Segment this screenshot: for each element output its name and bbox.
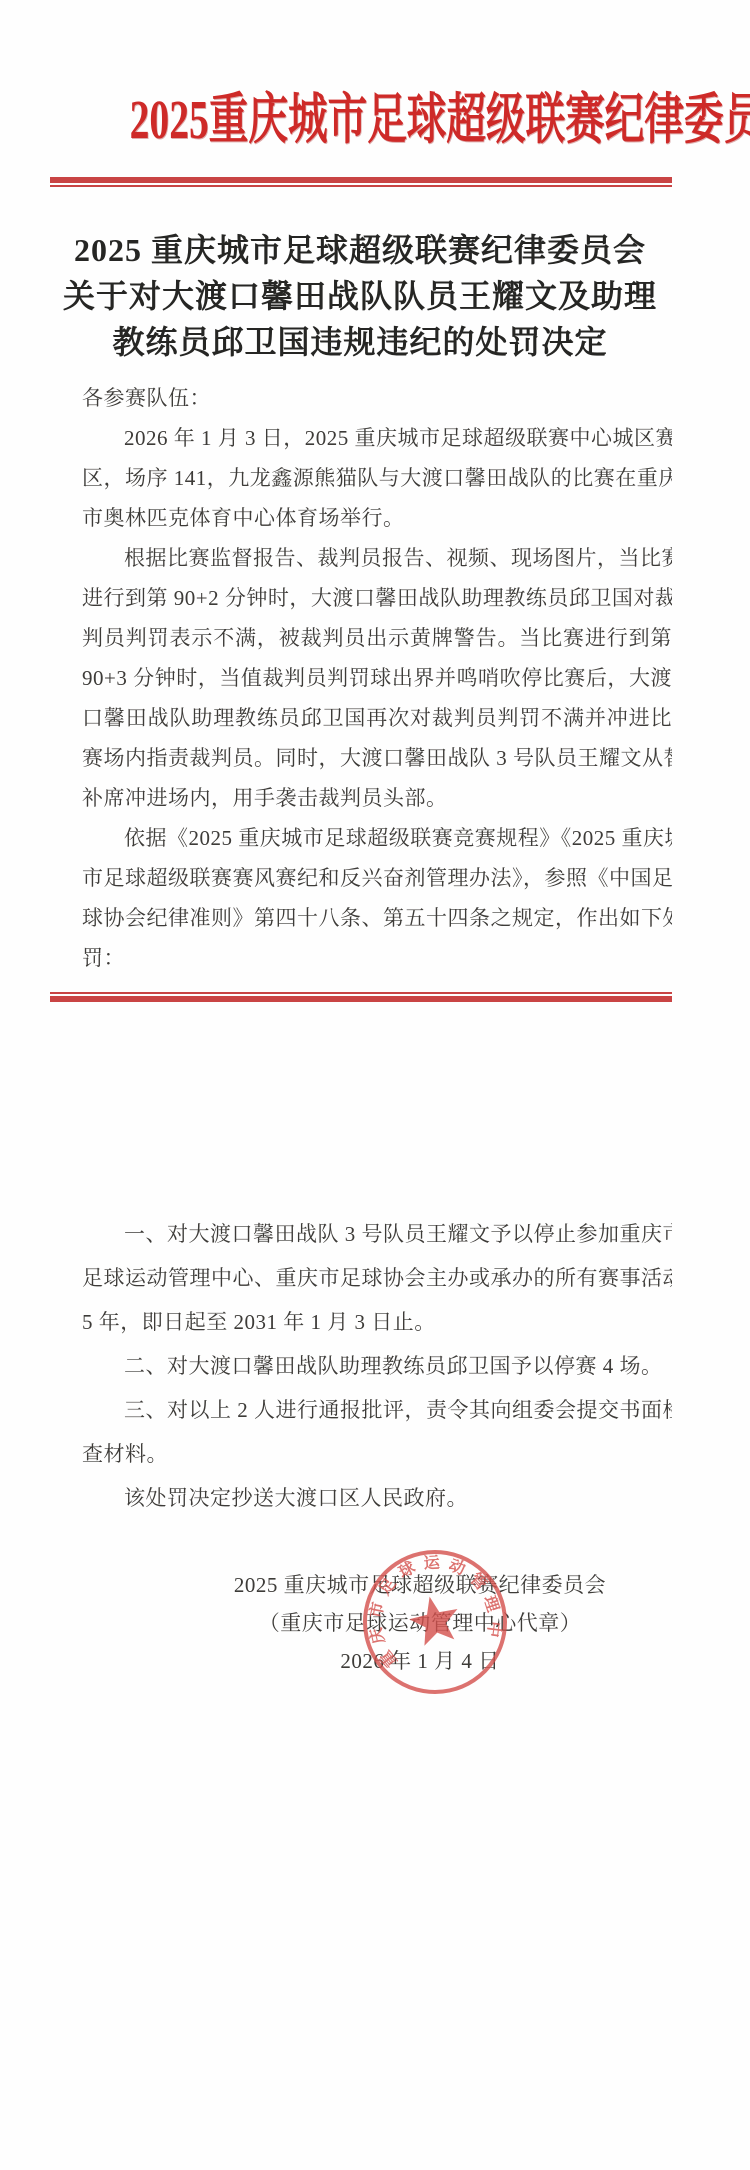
salutation: 各参赛队伍： <box>82 378 672 418</box>
paragraph: 三、对以上 2 人进行通报批评，责令其向组委会提交书面检 查材料。 <box>82 1388 672 1476</box>
paragraph: 二、对大渡口馨田战队助理教练员邱卫国予以停赛 4 场。 <box>82 1344 672 1388</box>
document-title-line: 2025 重庆城市足球超级联赛纪律委员会 <box>40 227 680 273</box>
body-line: 二、对大渡口馨田战队助理教练员邱卫国予以停赛 4 场。 <box>82 1344 672 1388</box>
body-line: 补席冲进场内，用手袭击裁判员头部。 <box>82 778 672 818</box>
body-line: 依据《2025 重庆城市足球超级联赛竞赛规程》《2025 重庆城 <box>82 818 672 858</box>
paragraph: 依据《2025 重庆城市足球超级联赛竞赛规程》《2025 重庆城 市足球超级联赛… <box>82 818 672 978</box>
signature-proxy-unit: （重庆市足球运动管理中心代章） <box>90 1604 750 1642</box>
body-line: 90+3 分钟时，当值裁判员判罚球出界并鸣哨吹停比赛后，大渡 <box>82 658 672 698</box>
body-page1: 各参赛队伍： 2026 年 1 月 3 日，2025 重庆城市足球超级联赛中心城… <box>82 378 672 978</box>
letterhead-title: 2025重庆城市足球超级联赛纪律委员会 <box>130 80 591 160</box>
paragraph: 2026 年 1 月 3 日，2025 重庆城市足球超级联赛中心城区赛 区，场序… <box>82 418 672 538</box>
signature-date: 2026 年 1 月 4 日 <box>90 1642 750 1680</box>
rule-thin-bar <box>50 185 672 187</box>
signature-committee: 2025 重庆城市足球超级联赛纪律委员会 <box>90 1566 750 1604</box>
body-page2: 一、对大渡口馨田战队 3 号队员王耀文予以停止参加重庆市 足球运动管理中心、重庆… <box>82 1212 672 1520</box>
body-line: 市奥林匹克体育中心体育场举行。 <box>82 498 672 538</box>
body-line: 球协会纪律准则》第四十八条、第五十四条之规定，作出如下处 <box>82 898 672 938</box>
paragraph: 根据比赛监督报告、裁判员报告、视频、现场图片，当比赛 进行到第 90+2 分钟时… <box>82 538 672 818</box>
body-line: 查材料。 <box>82 1432 672 1476</box>
document-page: 2025重庆城市足球超级联赛纪律委员会 2025 重庆城市足球超级联赛纪律委员会… <box>0 0 750 2170</box>
signature-block: 2025 重庆城市足球超级联赛纪律委员会 （重庆市足球运动管理中心代章） 202… <box>90 1566 750 1680</box>
paragraph: 该处罚决定抄送大渡口区人民政府。 <box>82 1476 672 1520</box>
body-line: 判员判罚表示不满，被裁判员出示黄牌警告。当比赛进行到第 <box>82 618 672 658</box>
body-line: 根据比赛监督报告、裁判员报告、视频、现场图片，当比赛 <box>82 538 672 578</box>
body-line: 一、对大渡口馨田战队 3 号队员王耀文予以停止参加重庆市 <box>82 1212 672 1256</box>
body-line: 罚： <box>82 938 672 978</box>
letterhead-rule <box>50 177 672 187</box>
paragraph: 一、对大渡口馨田战队 3 号队员王耀文予以停止参加重庆市 足球运动管理中心、重庆… <box>82 1212 672 1344</box>
body-line: 区，场序 141，九龙鑫源熊猫队与大渡口馨田战队的比赛在重庆 <box>82 458 672 498</box>
document-title-line: 教练员邱卫国违规违纪的处罚决定 <box>40 319 680 365</box>
body-line: 三、对以上 2 人进行通报批评，责令其向组委会提交书面检 <box>82 1388 672 1432</box>
body-line: 进行到第 90+2 分钟时，大渡口馨田战队助理教练员邱卫国对裁 <box>82 578 672 618</box>
document-title-line: 关于对大渡口馨田战队队员王耀文及助理 <box>40 273 680 319</box>
document-title: 2025 重庆城市足球超级联赛纪律委员会 关于对大渡口馨田战队队员王耀文及助理 … <box>40 227 680 365</box>
rule-thick-bar <box>50 996 672 1002</box>
body-line: 市足球超级联赛赛风赛纪和反兴奋剂管理办法》，参照《中国足 <box>82 858 672 898</box>
body-line: 5 年，即日起至 2031 年 1 月 3 日止。 <box>82 1300 672 1344</box>
body-line: 赛场内指责裁判员。同时，大渡口馨田战队 3 号队员王耀文从替 <box>82 738 672 778</box>
body-line: 该处罚决定抄送大渡口区人民政府。 <box>82 1476 672 1520</box>
body-line: 2026 年 1 月 3 日，2025 重庆城市足球超级联赛中心城区赛 <box>82 418 672 458</box>
page-separator-rule <box>50 992 672 1002</box>
body-line: 口馨田战队助理教练员邱卫国再次对裁判员判罚不满并冲进比 <box>82 698 672 738</box>
body-line: 足球运动管理中心、重庆市足球协会主办或承办的所有赛事活动 <box>82 1256 672 1300</box>
